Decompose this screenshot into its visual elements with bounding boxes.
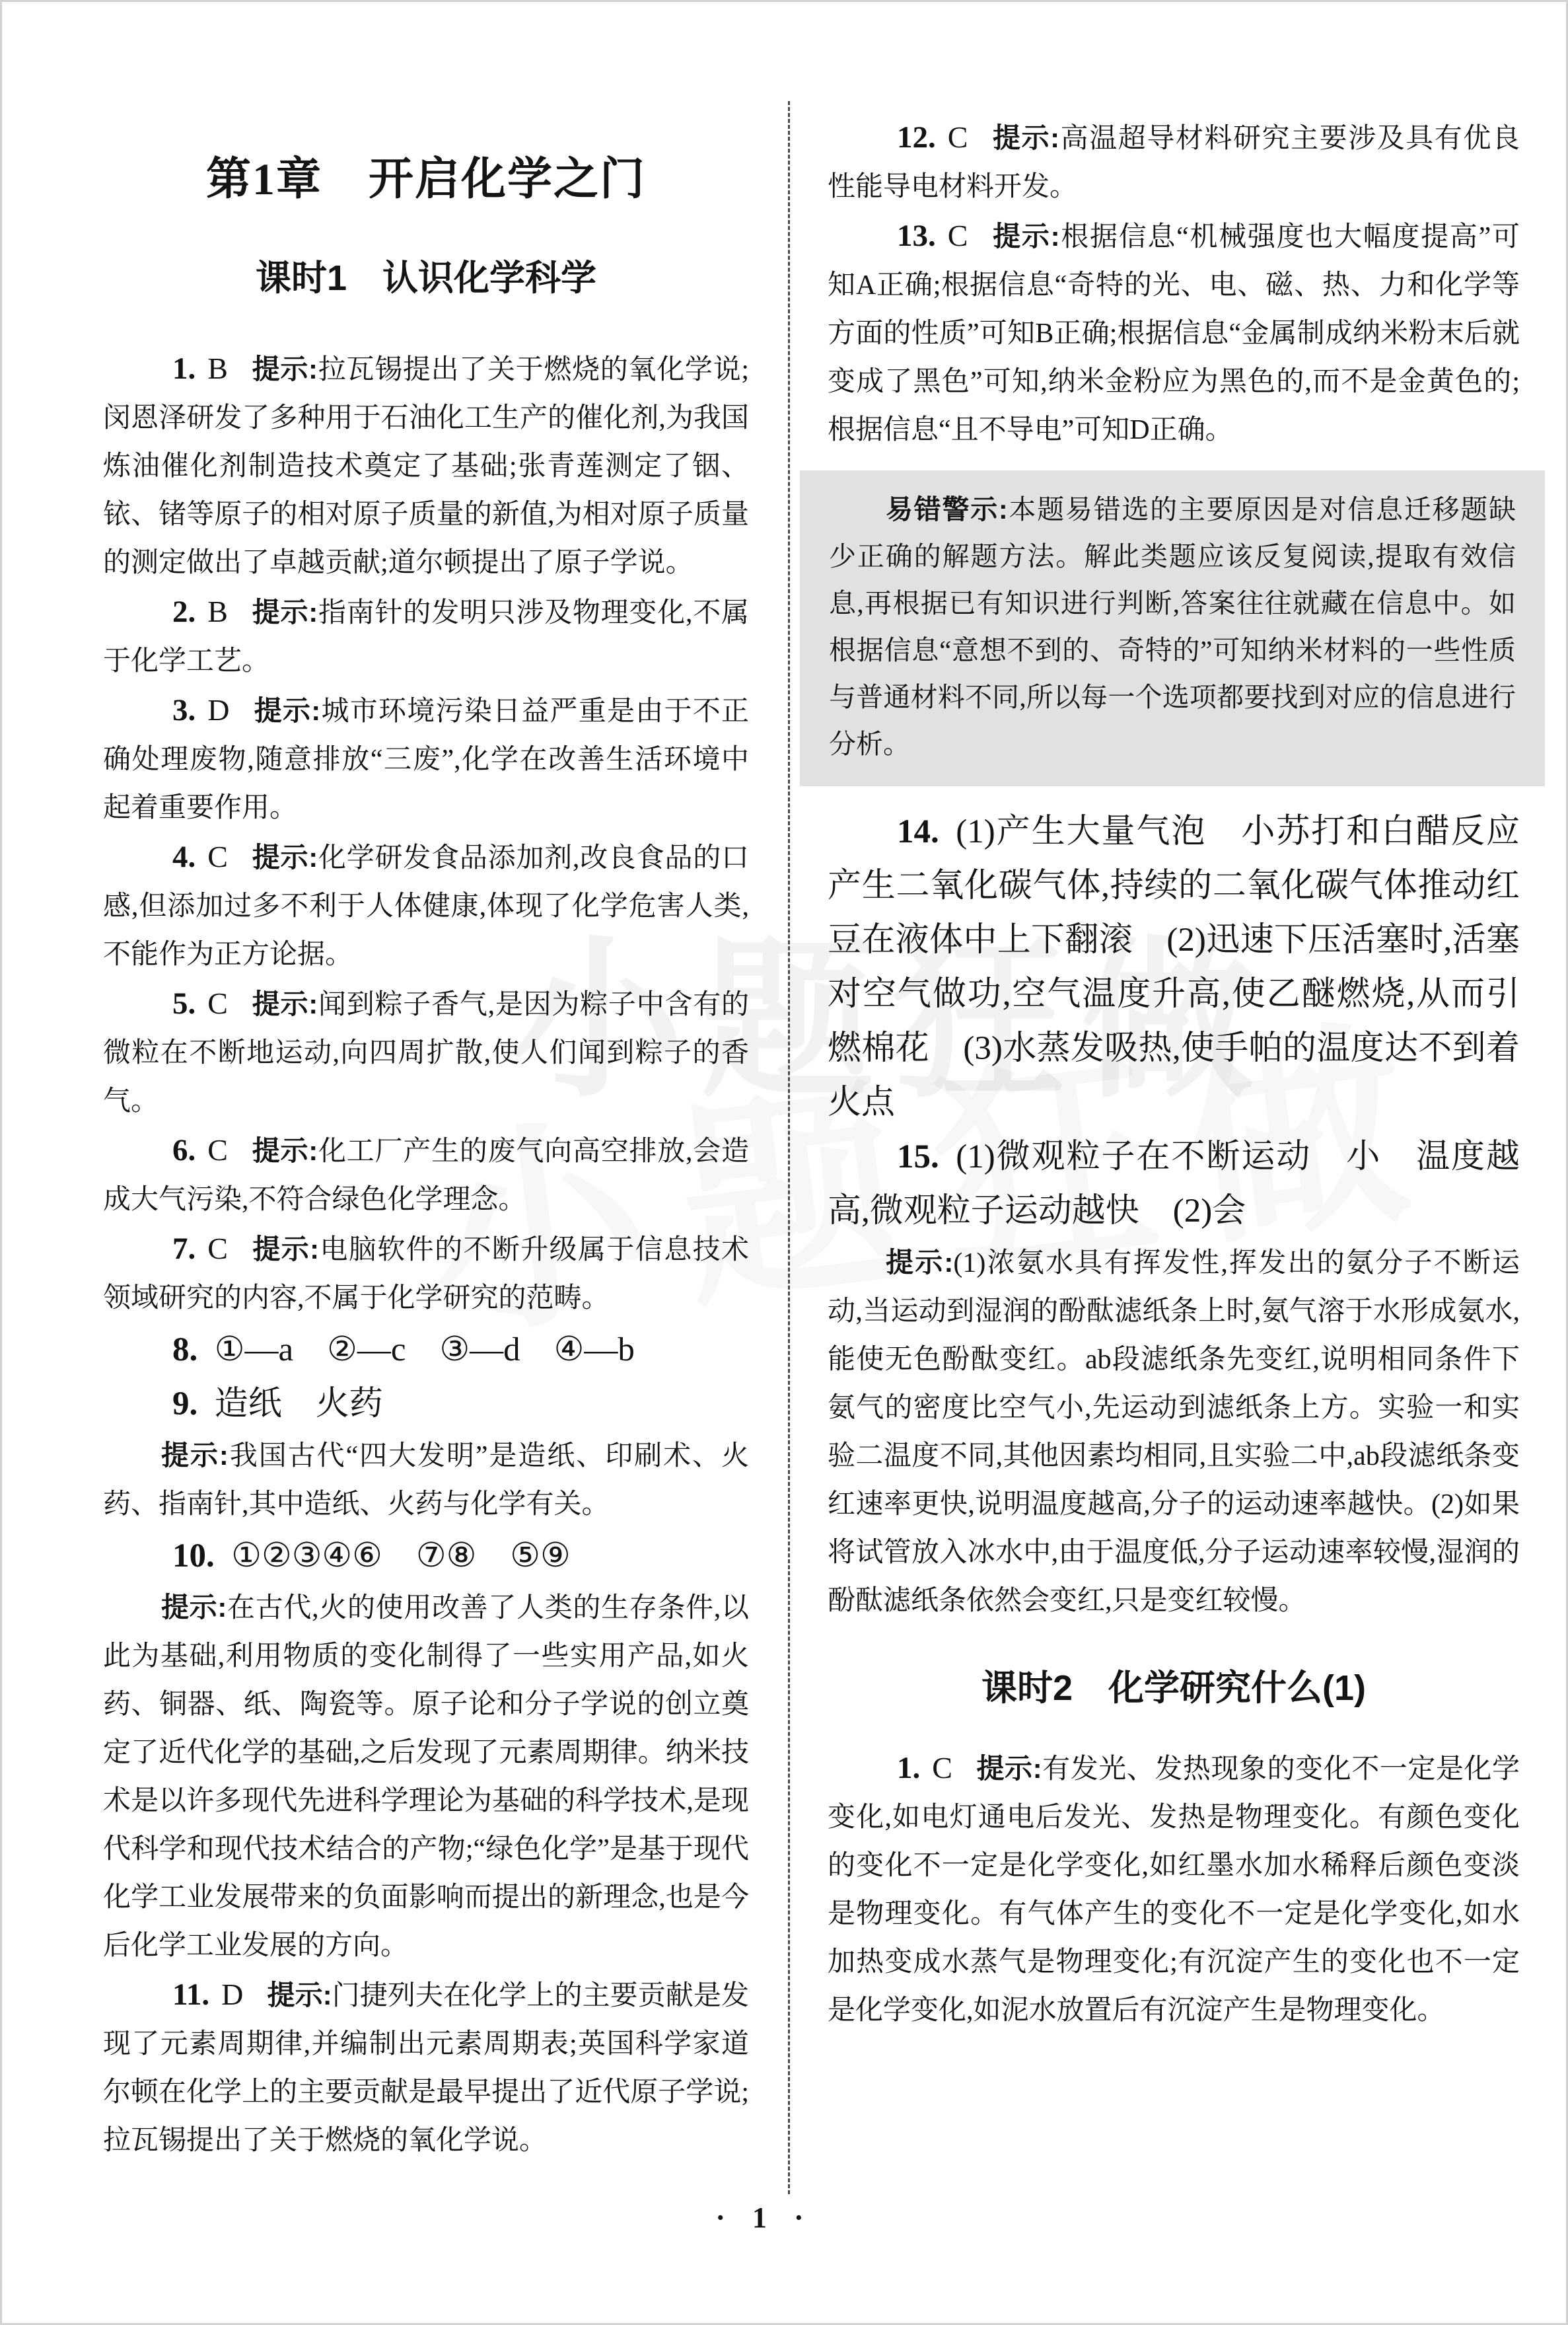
item-number: 15. bbox=[897, 1138, 956, 1175]
warning-paragraph: 易错警示:本题易错选的主要原因是对信息迁移题缺少正确的解题方法。解此类题应该反复… bbox=[829, 486, 1516, 768]
answer-item: 1.C提示:有发光、发热现象的变化不一定是化学变化,如电灯通电后发光、发热是物理… bbox=[828, 1744, 1520, 2035]
answer-letter: C bbox=[948, 219, 968, 252]
answer-letter: C bbox=[948, 120, 968, 154]
column-left: 第1章 开启化学之门课时1 认识化学科学1.B提示:拉瓦锡提出了关于燃烧的氧化学… bbox=[103, 134, 749, 2165]
answer-item: 6.C提示:化工厂产生的废气向高空排放,会造成大气污染,不符合绿色化学理念。 bbox=[103, 1126, 749, 1224]
item-number: 5. bbox=[172, 986, 196, 1021]
answer-item: 1.B提示:拉瓦锡提出了关于燃烧的氧化学说;闵恩泽研发了多种用于石油化工生产的催… bbox=[103, 344, 749, 587]
answer-item: 14. (1)产生大量气泡 小苏打和白醋反应产生二氧化碳气体,持续的二氧化碳气体… bbox=[828, 805, 1520, 1130]
answer-item: 10. ①②③④⑥ ⑦⑧ ⑤⑨ bbox=[103, 1529, 749, 1583]
answer-letter: C bbox=[932, 1751, 952, 1785]
answer-item: 13.C提示:根据信息“机械强度也大幅度提高”可知A正确;根据信息“奇特的光、电… bbox=[828, 211, 1520, 455]
hint-paragraph: 提示:在古代,火的使用改善了人类的生存条件,以此为基础,利用物质的变化制得了一些… bbox=[103, 1583, 749, 1970]
hint-label: 提示: bbox=[252, 597, 318, 628]
column-right: 12.C提示:高温超导材料研究主要涉及具有优良性能导电材料开发。13.C提示:根… bbox=[828, 113, 1520, 2035]
item-number: 11. bbox=[172, 1977, 209, 2012]
lesson-title: 课时2 化学研究什么(1) bbox=[828, 1660, 1520, 1711]
item-number: 13. bbox=[897, 219, 936, 253]
item-number: 10. bbox=[172, 1537, 231, 1574]
hint-label: 提示: bbox=[991, 221, 1059, 252]
warning-label: 易错警示: bbox=[886, 494, 1008, 525]
answer-item: 11.D提示:门捷列夫在化学上的主要贡献是发现了元素周期律,并编制出元素周期表;… bbox=[103, 1970, 749, 2165]
answer-item: 4.C提示:化学研发食品添加剂,改良食品的口感,但添加过多不利于人体健康,体现了… bbox=[103, 832, 749, 979]
hint-label: 提示: bbox=[161, 1440, 229, 1471]
hint-paragraph: 提示:(1)浓氨水具有挥发性,挥发出的氨分子不断运动,当运动到湿润的酚酞滤纸条上… bbox=[828, 1238, 1520, 1625]
item-number: 1. bbox=[172, 351, 196, 386]
hint-label: 提示: bbox=[253, 695, 320, 726]
answer-item: 12.C提示:高温超导材料研究主要涉及具有优良性能导电材料开发。 bbox=[828, 113, 1520, 211]
answer-letter: B bbox=[207, 351, 228, 385]
answer-item: 5.C提示:闻到粽子香气,是因为粽子中含有的微粒在不断地运动,向四周扩散,使人们… bbox=[103, 979, 749, 1126]
warning-box: 易错警示:本题易错选的主要原因是对信息迁移题缺少正确的解题方法。解此类题应该反复… bbox=[800, 470, 1545, 786]
hint-label: 提示: bbox=[886, 1247, 953, 1278]
chapter-title: 第1章 开启化学之门 bbox=[103, 143, 749, 207]
item-number: 14. bbox=[897, 813, 956, 850]
answer-page: 小题狂做 小题狂做 第1章 开启化学之门课时1 认识化学科学1.B提示:拉瓦锡提… bbox=[0, 0, 1568, 2325]
item-number: 12. bbox=[897, 120, 936, 155]
answer-letter: C bbox=[207, 986, 228, 1020]
answer-item: 3.D提示:城市环境污染日益严重是由于不正确处理废物,随意排放“三废”,化学在改… bbox=[103, 686, 749, 832]
item-number: 9. bbox=[172, 1385, 215, 1422]
answer-item: 9. 造纸 火药 bbox=[103, 1377, 749, 1431]
hint-label: 提示: bbox=[267, 1979, 332, 2011]
answer-item: 7.C提示:电脑软件的不断升级属于信息技术领域研究的内容,不属于化学研究的范畴。 bbox=[103, 1224, 749, 1323]
item-number: 8. bbox=[172, 1331, 215, 1368]
hint-paragraph: 提示:我国古代“四大发明”是造纸、印刷术、火药、指南针,其中造纸、火药与化学有关… bbox=[103, 1431, 749, 1529]
item-number: 1. bbox=[897, 1751, 920, 1785]
hint-label: 提示: bbox=[976, 1753, 1042, 1784]
hint-label: 提示: bbox=[252, 1135, 318, 1166]
column-divider bbox=[788, 101, 790, 2194]
item-number: 3. bbox=[172, 693, 196, 727]
answer-item: 8. ①—a ②—c ③—d ④—b bbox=[103, 1323, 749, 1377]
answer-letter: C bbox=[207, 1133, 228, 1167]
answer-item: 2.B提示:指南针的发明只涉及物理变化,不属于化学工艺。 bbox=[103, 587, 749, 686]
answer-letter: D bbox=[221, 1977, 243, 2011]
hint-label: 提示: bbox=[252, 353, 318, 385]
item-number: 2. bbox=[172, 595, 196, 629]
answer-letter: C bbox=[207, 1232, 228, 1265]
answer-letter: D bbox=[207, 693, 229, 727]
hint-label: 提示: bbox=[991, 122, 1059, 153]
hint-label: 提示: bbox=[252, 988, 318, 1019]
answer-letter: C bbox=[207, 840, 228, 873]
item-number: 4. bbox=[172, 840, 196, 874]
hint-label: 提示: bbox=[252, 842, 318, 873]
item-number: 7. bbox=[172, 1232, 196, 1266]
hint-label: 提示: bbox=[252, 1234, 319, 1265]
answer-letter: B bbox=[207, 595, 228, 628]
page-number: · 1 · bbox=[2, 2201, 1521, 2234]
answer-item: 15. (1)微观粒子在不断运动 小 温度越高,微观粒子运动越快 (2)会 bbox=[828, 1130, 1520, 1238]
lesson-title: 课时1 认识化学科学 bbox=[103, 250, 749, 301]
hint-label: 提示: bbox=[161, 1592, 227, 1623]
item-number: 6. bbox=[172, 1133, 196, 1167]
